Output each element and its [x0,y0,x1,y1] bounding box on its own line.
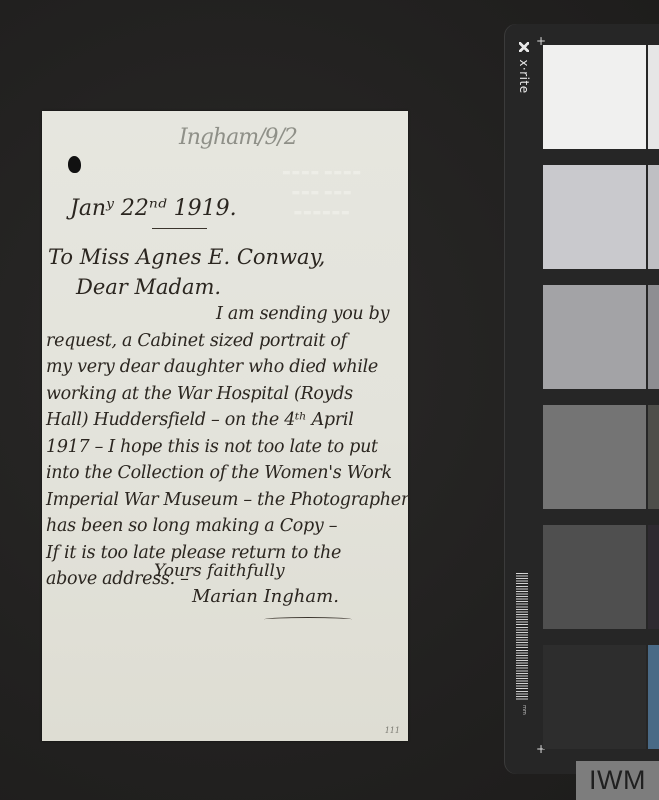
xrite-logo: x·rite [511,42,531,94]
gray-patch-4 [543,405,646,509]
letter-signature: Marian Ingham. [192,586,339,607]
letter-closing: Yours faithfully [154,561,285,581]
ruler-unit-label: mm [521,705,527,715]
letter-body-line: 1917 – I hope this is not too late to pu… [46,434,406,461]
edge-patch-4 [648,405,659,509]
letter-body-line: has been so long making a Copy – [46,513,406,540]
gray-patch-5 [543,525,646,629]
letter-body-line: Imperial War Museum – the Photographer [46,487,406,514]
letter-body-line: my very dear daughter who died while [46,354,406,381]
iwm-watermark: IWM [576,761,659,800]
edge-patch-6 [648,645,659,749]
folio-number: 111 [385,726,400,735]
xrite-brand-text: x·rite [517,59,531,93]
letterhead-line: ▬▬▬▬▬▬ [247,203,397,223]
letter-page: Ingham/9/2 ▬▬▬▬ ▬▬▬▬ ▬▬▬ ▬▬▬ ▬▬▬▬▬▬ Janʸ… [42,111,408,741]
edge-patch-1 [648,45,659,149]
letterhead-line: ▬▬▬ ▬▬▬ [247,183,397,203]
gray-patch-3 [543,285,646,389]
edge-patch-2 [648,165,659,269]
letter-body-line: working at the War Hospital (Royds [46,381,406,408]
letter-body-line: Hall) Huddersfield – on the 4ᵗʰ April [46,407,406,434]
gray-patch-1 [543,45,646,149]
edge-patch-5 [648,525,659,629]
archive-reference-note: Ingham/9/2 [179,125,297,150]
embossed-letterhead: ▬▬▬▬ ▬▬▬▬ ▬▬▬ ▬▬▬ ▬▬▬▬▬▬ [247,163,397,223]
letter-body-line: request, a Cabinet sized portrait of [46,328,406,355]
letter-body-line: I am sending you by [46,301,406,328]
mm-ruler [516,573,528,701]
date-underline [152,228,207,229]
letter-body: I am sending you by request, a Cabinet s… [46,301,406,593]
edge-patch-3 [648,285,659,389]
letterhead-line: ▬▬▬▬ ▬▬▬▬ [247,163,397,183]
gray-patch-6 [543,645,646,749]
letter-salutation: Dear Madam. [76,275,221,299]
ink-blot [68,156,81,173]
xrite-mark-icon [519,42,529,52]
gray-patch-2 [543,165,646,269]
signature-flourish [264,617,352,622]
letter-addressee: To Miss Agnes E. Conway, [48,245,325,269]
letter-date: Janʸ 22ⁿᵈ 1919. [70,196,237,221]
letter-body-line: into the Collection of the Women's Work [46,460,406,487]
